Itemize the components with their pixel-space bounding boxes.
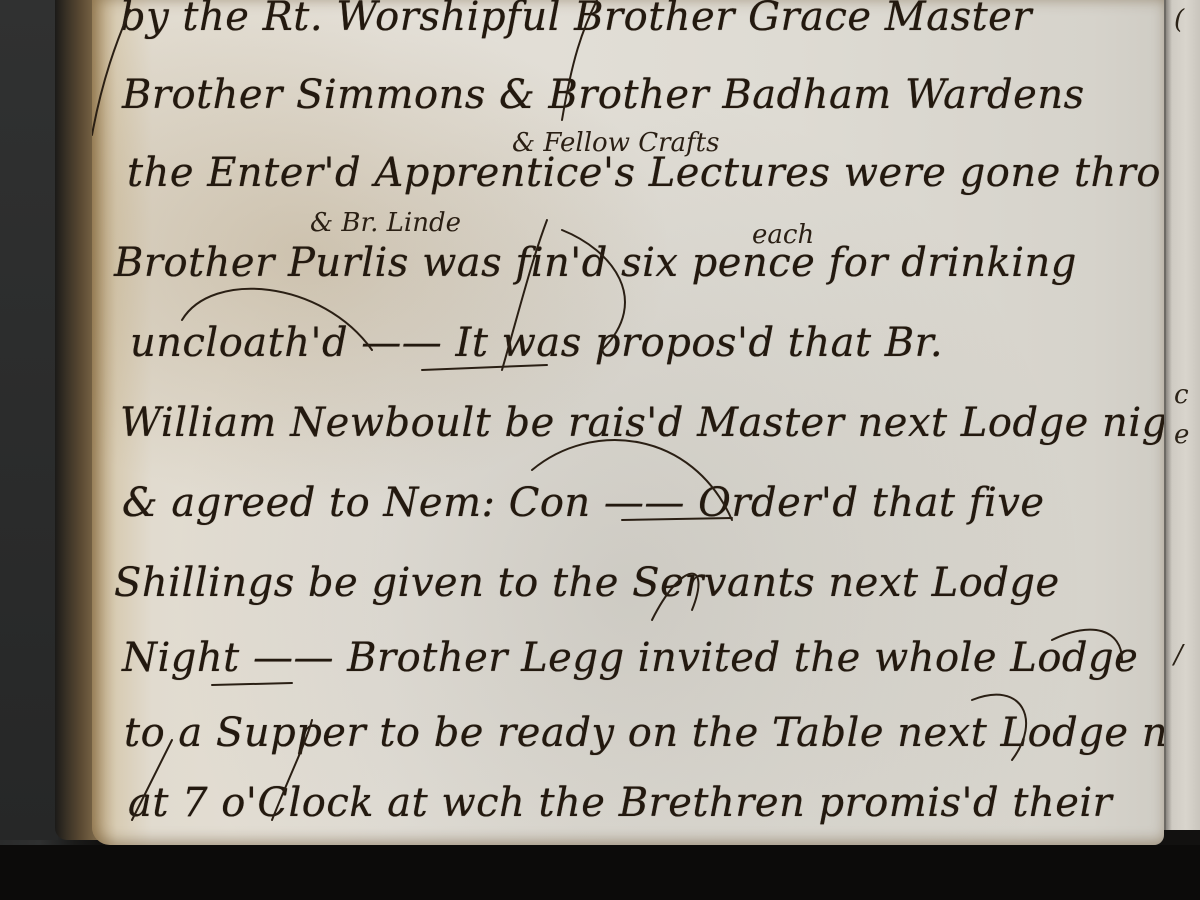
facing-page-fragment: ( (1174, 5, 1184, 35)
manuscript-page: by the Rt. Worshipful Brother Grace Mast… (92, 0, 1164, 845)
dark-background (0, 845, 1200, 900)
manuscript-line: to a Supper to be ready on the Table nex… (124, 710, 1200, 756)
manuscript-line: Brother Purlis was fin'd six pence for d… (114, 240, 1077, 286)
facing-page-fragment: / (1174, 640, 1183, 670)
book-cover-board (0, 0, 58, 840)
manuscript-line: the Enter'd Apprentice's Lectures were g… (127, 150, 1173, 196)
manuscript-line: at 7 o'Clock at wch the Brethren promis'… (128, 780, 1112, 826)
facing-page-edge: ( c e / (1164, 0, 1200, 830)
manuscript-line: by the Rt. Worshipful Brother Grace Mast… (120, 0, 1032, 40)
manuscript-line: William Newboult be rais'd Master next L… (120, 400, 1200, 446)
manuscript-line: Brother Simmons & Brother Badham Wardens (122, 72, 1085, 118)
facing-page-fragment: c (1174, 380, 1189, 410)
manuscript-line: uncloath'd —— It was propos'd that Br. (130, 320, 943, 366)
manuscript-line: & agreed to Nem: Con —— Order'd that fiv… (122, 480, 1045, 526)
interlinear-insertion: & Br. Linde (310, 208, 461, 238)
facing-page-fragment: e (1174, 420, 1189, 450)
manuscript-line: Shillings be given to the Servants next … (114, 560, 1060, 606)
manuscript-photo: by the Rt. Worshipful Brother Grace Mast… (0, 0, 1200, 900)
manuscript-line: Night —— Brother Legg invited the whole … (122, 635, 1138, 681)
